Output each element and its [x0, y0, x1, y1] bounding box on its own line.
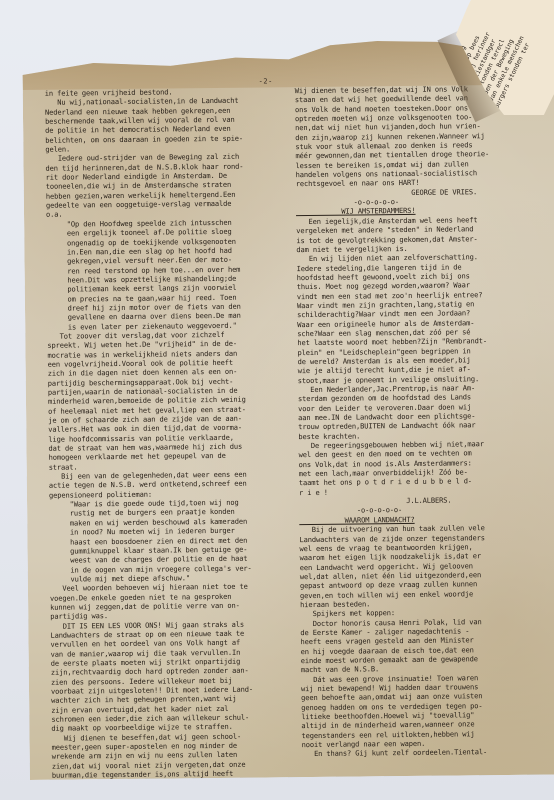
- left-column: in feite geen vrijheid bestond. Nu wij,n…: [45, 86, 294, 780]
- text-line: En thans? Gij kunt zelf oordeelen.Tienta…: [302, 747, 542, 759]
- text-line: buurman,die tegenstander is,ons altijd h…: [52, 768, 294, 780]
- right-column: Wij dienen te beseffen,dat wij IN ons Vo…: [295, 84, 542, 759]
- page-number: -2-: [259, 77, 273, 85]
- document-page: -2- in feite geen vrijheid bestond. Nu w…: [22, 16, 554, 780]
